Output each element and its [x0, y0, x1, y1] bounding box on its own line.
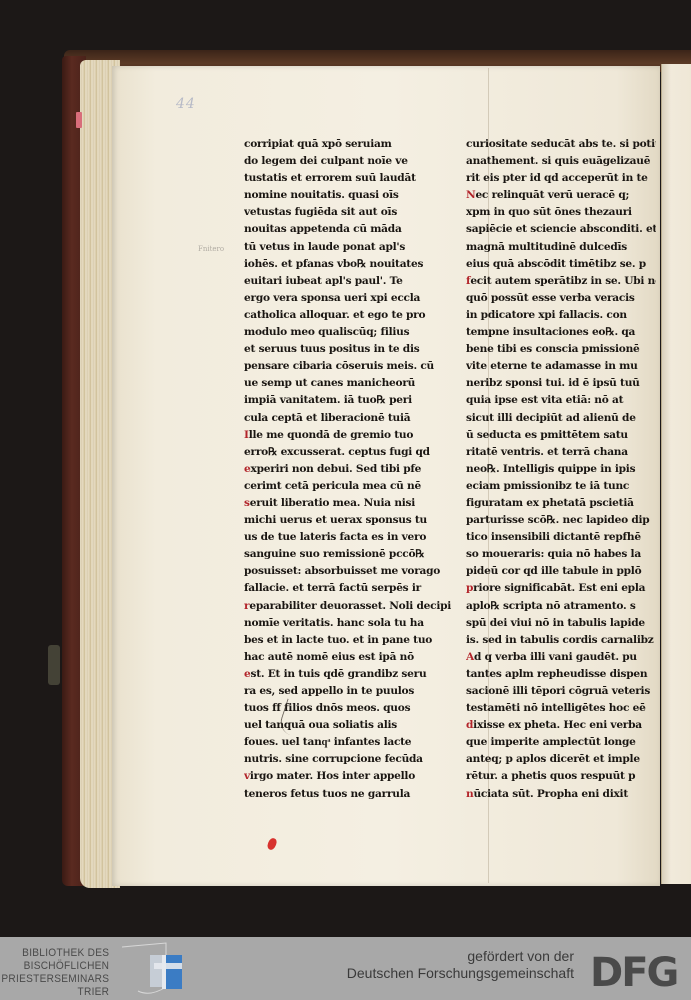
text-line: ritatē ventris. et terrā chana	[466, 444, 656, 461]
text-line: curiositate seducāt abs te. si potius	[466, 136, 656, 153]
text-line: impiā vanitatem. iā tuo℞ peri	[244, 392, 459, 409]
text-line: so moueraris: quia nō habes la	[466, 546, 656, 563]
text-line: do legem dei culpant noīe ve	[244, 153, 459, 170]
rubricated-initial: I	[244, 429, 249, 441]
text-line: posuisset: absorbuisset me vorago	[244, 563, 459, 580]
library-name-line-2: BISCHÖFLICHEN	[1, 960, 109, 973]
text-line: que imperite amplectūt longe	[466, 734, 656, 751]
text-line: tempne insultaciones eo℞. qa	[466, 324, 656, 341]
text-line: ra es, sed appello in te puulos	[244, 683, 459, 700]
text-line: modulo meo qualiscūq; filius	[244, 324, 459, 341]
text-line: dixisse ex pheta. Hec eni verba	[466, 717, 656, 734]
text-line: is. sed in tabulis cordis carnalibz	[466, 632, 656, 649]
funding-line-1: gefördert von der	[347, 948, 574, 965]
text-line: tū vetus in laude ponat apl's	[244, 239, 459, 256]
funding-notice: gefördert von der Deutschen Forschungsge…	[347, 948, 574, 982]
text-line: in pdicatore xpi fallacis. con	[466, 307, 656, 324]
dfg-logo-icon: DFG	[590, 953, 677, 993]
text-line: teneros fetus tuos ne garrula	[244, 786, 459, 803]
rubricated-initial: v	[244, 770, 250, 782]
rubricated-initial: A	[466, 651, 474, 663]
footer-banner: BIBLIOTHEK DES BISCHÖFLICHEN PRIESTERSEM…	[0, 937, 691, 1000]
text-line: vetustas fugiēda sit aut oīs	[244, 204, 459, 221]
text-line: quia ipse est vita etiā: nō at	[466, 392, 656, 409]
text-line: est. Et in tuis qdē grandibz seru	[244, 666, 459, 683]
rubricated-initial: p	[466, 582, 473, 594]
text-line: experiri non debui. Sed tibi pfe	[244, 461, 459, 478]
text-line: xpm in quo sūt ōnes thezauri	[466, 204, 656, 221]
text-line: cerimt cetā pericula mea cū nē	[244, 478, 459, 495]
text-line: Nec relinquāt verū ueracē q;	[466, 187, 656, 204]
text-line: erro℞ excusserat. ceptus fugi qd	[244, 444, 459, 461]
text-line: ergo vera sponsa ueri xpi eccla	[244, 290, 459, 307]
text-column-right: curiositate seducāt abs te. si potiusana…	[466, 136, 656, 803]
rubricated-initial: n	[466, 788, 473, 800]
text-line: corripiat quā xpō seruiam	[244, 136, 459, 153]
library-name: BIBLIOTHEK DES BISCHÖFLICHEN PRIESTERSEM…	[1, 947, 109, 999]
text-line: parturisse scō℞. nec lapideo dip	[466, 512, 656, 529]
text-line: iohēs. et pfanas vbo℞ nouitates	[244, 256, 459, 273]
text-line: quō possūt esse verba veracis	[466, 290, 656, 307]
text-line: et seruus tuus positus in te dis	[244, 341, 459, 358]
text-line: michi uerus et uerax sponsus tu	[244, 512, 459, 529]
rubricated-initial: e	[244, 463, 251, 475]
text-line: nūciata sūt. Propha eni dixit	[466, 786, 656, 803]
text-line: virgo mater. Hos inter appello	[244, 768, 459, 785]
text-line: eciam pmissionibz te iā tunc	[466, 478, 656, 495]
text-line: us de tue lateris facta es in vero	[244, 529, 459, 546]
text-line: anathement. si quis euāgelizauē	[466, 153, 656, 170]
text-line: sicut illi decipiūt ad alienū de	[466, 410, 656, 427]
library-cross-logo-icon	[120, 941, 198, 997]
text-line: ū seducta es pmittētem satu	[466, 427, 656, 444]
text-line: tantes aplm repheudisse dispen	[466, 666, 656, 683]
text-line: nouitas appetenda cū māda	[244, 221, 459, 238]
bookmark-tab	[76, 112, 82, 128]
text-line: ue semp ut canes manicheorū	[244, 375, 459, 392]
text-line: sacionē illi tēpori cōgruā veteris	[466, 683, 656, 700]
rubricated-initial: f	[466, 275, 470, 287]
text-line: Ad q verba illi vani gaudēt. pu	[466, 649, 656, 666]
text-line: reparabiliter deuorasset. Noli decipi	[244, 598, 459, 615]
text-line: neo℞. Intelligis quippe in ipis	[466, 461, 656, 478]
text-line: vite eterne te adamasse in mu	[466, 358, 656, 375]
text-line: tuos ff filios dnōs meos. quos	[244, 700, 459, 717]
text-line: uel tanquā oua soliatis alis	[244, 717, 459, 734]
text-line: tustatis et errorem suū laudāt	[244, 170, 459, 187]
text-line: bes et in lacte tuo. et in pane tuo	[244, 632, 459, 649]
rubricated-initial: e	[244, 668, 251, 680]
text-line: nomine nouitatis. quasi oīs	[244, 187, 459, 204]
funding-line-2: Deutschen Forschungsgemeinschaft	[347, 965, 574, 982]
text-line: spū dei viui nō in tabulis lapide	[466, 615, 656, 632]
rubricated-initial: r	[244, 600, 249, 612]
text-line: fallacie. et terrā factū serpēs ir	[244, 580, 459, 597]
text-line: magnā multitudinē dulcedīs	[466, 239, 656, 256]
text-line: cula ceptā et liberacionē tuiā	[244, 410, 459, 427]
rubricated-initial: d	[466, 719, 473, 731]
text-line: rit eis pter id qd acceperūt in te	[466, 170, 656, 187]
rubricated-initial: N	[466, 189, 475, 201]
text-column-left: corripiat quā xpō seruiamdo legem dei cu…	[244, 136, 459, 803]
text-line: fecit autem sperātibz in se. Ubi nō	[466, 273, 656, 290]
text-line: seruit liberatio mea. Nuia nisi	[244, 495, 459, 512]
text-line: aplo℞ scripta nō atramento. s	[466, 598, 656, 615]
rubricated-initial: s	[244, 497, 250, 509]
library-name-line-3: PRIESTERSEMINARS TRIER	[1, 973, 109, 999]
text-line: figuratam ex phetatā pscietiā	[466, 495, 656, 512]
folio-number: 44	[176, 96, 196, 112]
text-line: foues. uel tanqͣ infantes lacte	[244, 734, 459, 751]
margin-note: Fnitero	[198, 245, 224, 253]
text-line: tico insensibili dictantē repfhē	[466, 529, 656, 546]
text-line: nutris. sine corrupcione fecūda	[244, 751, 459, 768]
text-line: euitari iubeat apl's paul'. Te	[244, 273, 459, 290]
text-line: sanguine suo remissionē pccō℞	[244, 546, 459, 563]
text-line: Ille me quondā de gremio tuo	[244, 427, 459, 444]
text-line: sapiēcie et sciencie absconditi. et	[466, 221, 656, 238]
text-line: catholica alloquar. et ego te pro	[244, 307, 459, 324]
text-line: testamēti nō intelligētes hoc eē	[466, 700, 656, 717]
text-line: bene tibi es conscia pmissionē	[466, 341, 656, 358]
text-line: pensare cibaria cōseruis meis. cū	[244, 358, 459, 375]
text-line: rētur. a phetis quos respuūt p	[466, 768, 656, 785]
text-line: hac autē nomē eius est ipā nō	[244, 649, 459, 666]
facing-page	[661, 64, 691, 884]
text-line: anteq; p aplos dicerēt et imple	[466, 751, 656, 768]
manuscript-viewer[interactable]: 44 Fnitero corripiat quā xpō seruiamdo l…	[0, 0, 691, 937]
text-line: eius quā abscōdit timētibz se. p	[466, 256, 656, 273]
library-name-line-1: BIBLIOTHEK DES	[1, 947, 109, 960]
book-clasp	[48, 645, 60, 685]
text-line: priore significabāt. Est eni epla	[466, 580, 656, 597]
text-line: pideū cor qd ille tabule in pplō	[466, 563, 656, 580]
text-line: neribz sponsi tui. id ē ipsū tuū	[466, 375, 656, 392]
text-line: nomīe veritatis. hanc sola tu ha	[244, 615, 459, 632]
